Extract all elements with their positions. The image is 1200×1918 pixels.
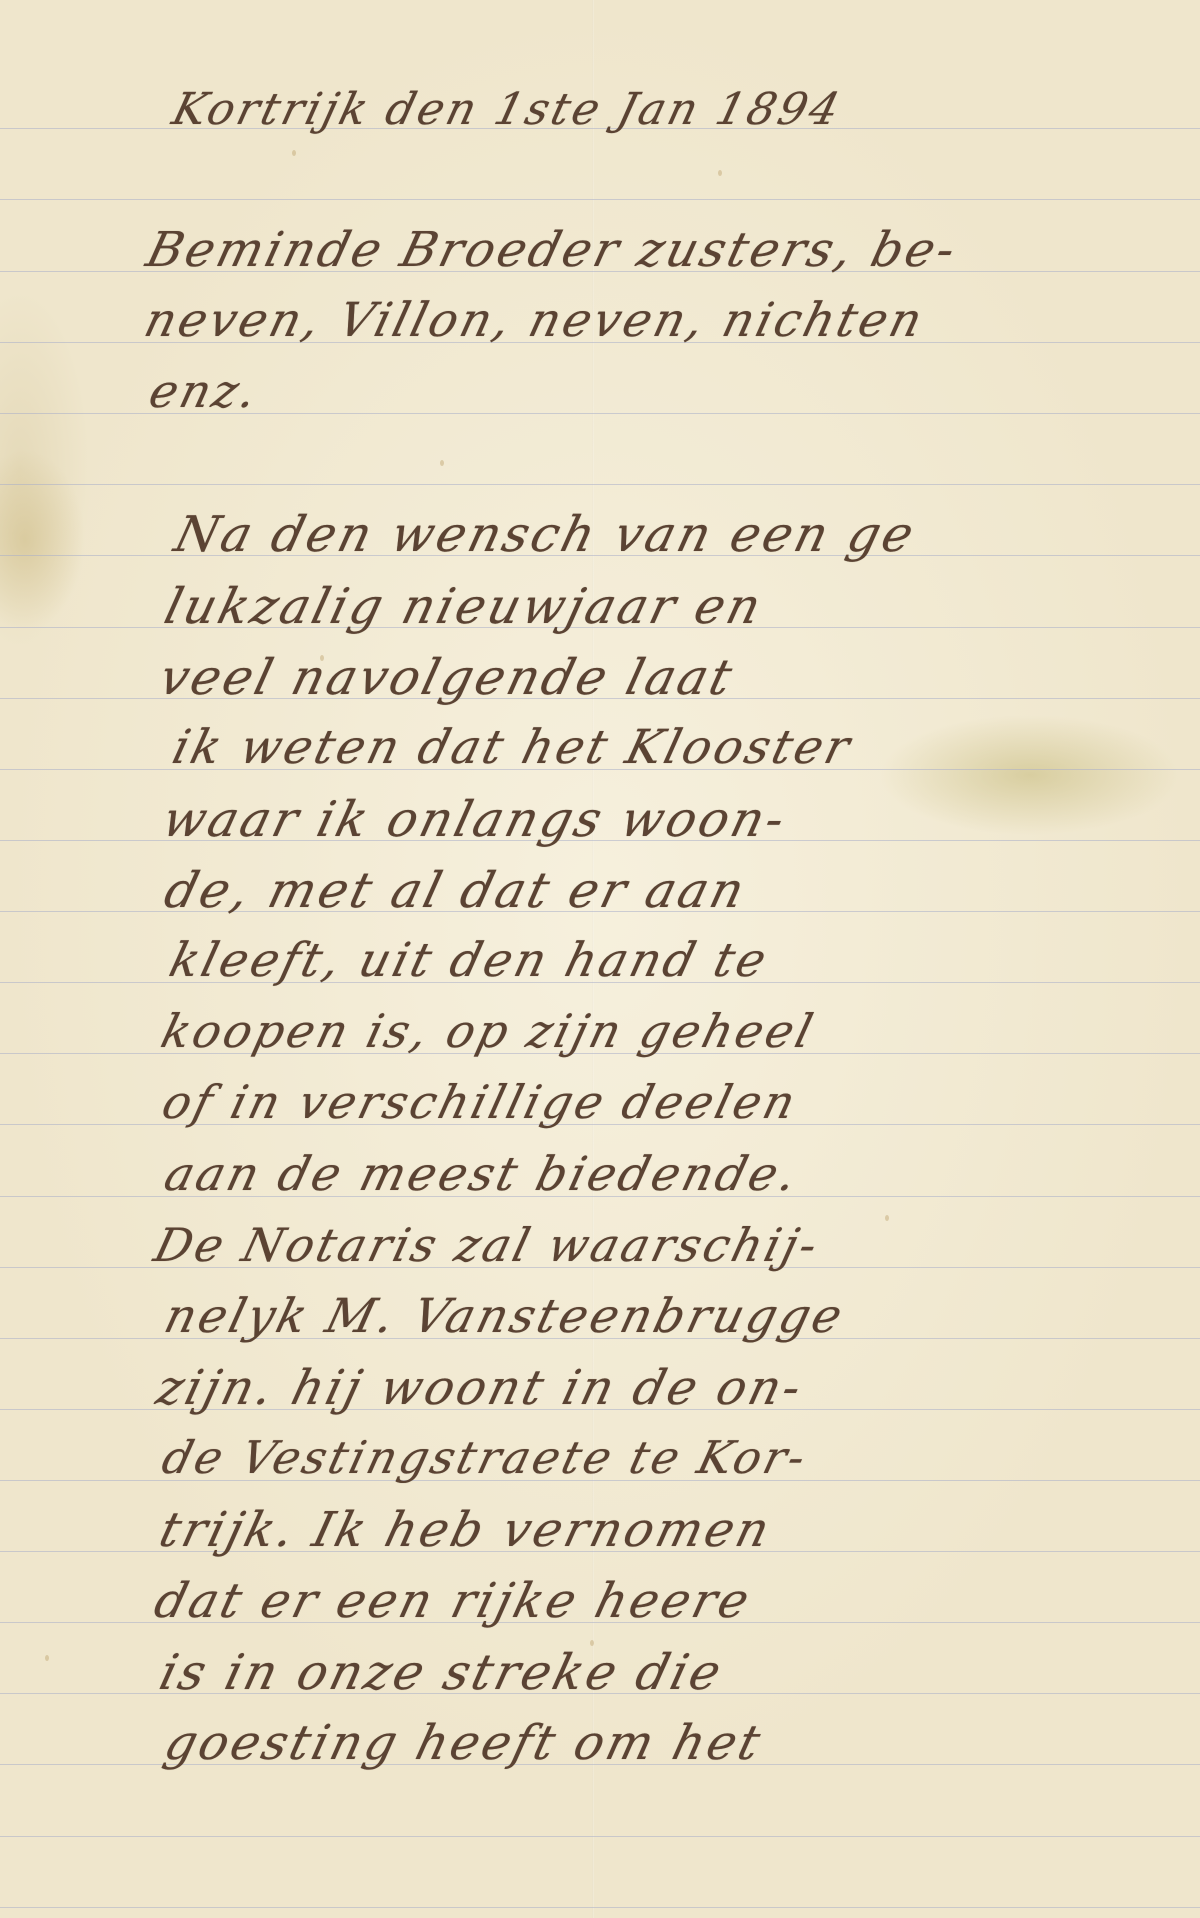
ruled-line	[0, 484, 1200, 485]
body-line: of in verschillige deelen	[158, 1079, 803, 1125]
body-line: dat er een rijke heere	[150, 1577, 756, 1625]
body-line: lukzalig nieuwjaar en	[160, 582, 768, 631]
body-line: is in onze streke die	[155, 1648, 728, 1697]
ruled-line	[0, 199, 1200, 200]
paper-speck	[292, 150, 296, 156]
ruled-line	[0, 1907, 1200, 1908]
body-line: Na den wensch van een ge	[170, 510, 921, 559]
paper-speck	[718, 170, 722, 176]
body-line: koopen is, op zijn geheel	[157, 1008, 820, 1054]
paper-speck	[45, 1655, 49, 1661]
ruled-line	[0, 1836, 1200, 1837]
salutation-line: neven, Villon, neven, nichten	[140, 297, 929, 344]
body-line: de Vestingstraete te Kor-	[158, 1435, 813, 1480]
body-line: de, met al dat er aan	[160, 866, 752, 915]
date-line: Kortrijk den 1ste Jan 1894	[168, 88, 846, 132]
body-line: trijk. Ik heb vernomen	[155, 1506, 777, 1554]
salutation-line: enz.	[145, 368, 264, 414]
body-line: goesting heeft om het	[160, 1719, 767, 1767]
body-line: De Notaris zal waarschij-	[150, 1222, 825, 1268]
body-line: veel navolgende laat	[155, 653, 739, 702]
body-line: kleeft, uit den hand te	[165, 937, 774, 984]
body-line: zijn. hij woont in de on-	[152, 1364, 809, 1412]
body-line: ik weten dat het Klooster	[168, 724, 857, 771]
body-line: aan de meest biedende.	[160, 1151, 804, 1198]
body-line: waar ik onlangs woon-	[158, 795, 792, 844]
paper-speck	[440, 460, 444, 466]
paper-speck	[885, 1215, 889, 1221]
salutation-line: Beminde Broeder zusters, be-	[142, 226, 963, 274]
body-line: nelyk M. Vansteenbrugge	[160, 1293, 849, 1340]
